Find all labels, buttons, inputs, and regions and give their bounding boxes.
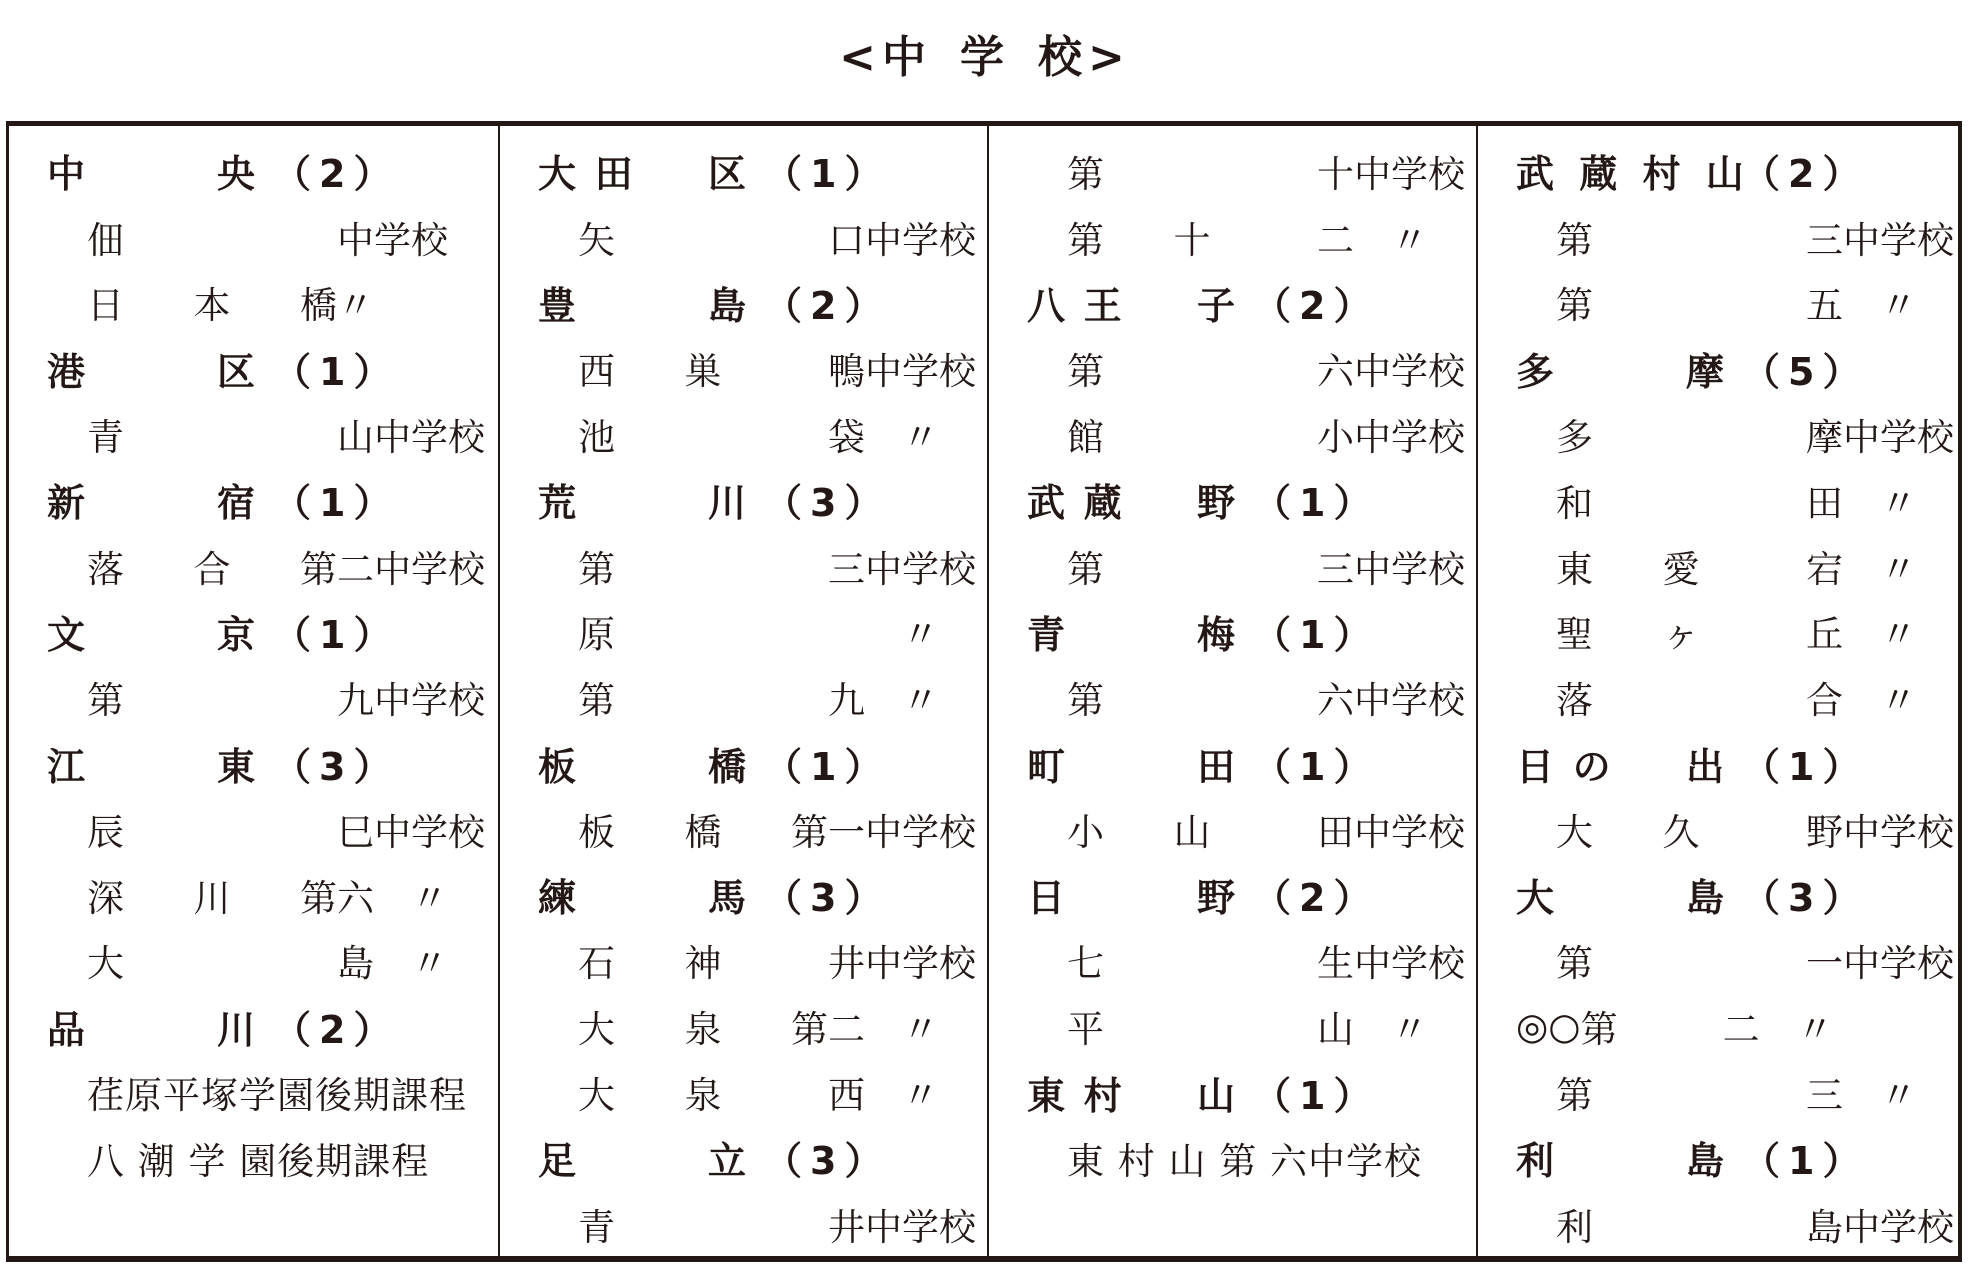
school-name-char — [1769, 407, 1806, 461]
school-name-char — [1280, 670, 1317, 724]
school-name-char — [1174, 670, 1211, 724]
district-char: 練 — [538, 867, 576, 922]
school-name-suffix: 山 〃 — [1317, 999, 1465, 1053]
school-entry: 第一中学校 — [1478, 928, 1958, 994]
district-header: 利島（1） — [1478, 1125, 1958, 1191]
school-name-char: 第 — [1581, 999, 1618, 1053]
district-char — [1140, 472, 1178, 527]
district-header: 足立（3） — [500, 1125, 987, 1191]
district-char — [1629, 1130, 1667, 1185]
district-name: 新宿 — [47, 472, 255, 527]
school-entry: 青山中学校 — [9, 401, 498, 467]
district-char: 品 — [47, 999, 85, 1054]
district-header: 武 蔵 村 山（2） — [1478, 138, 1958, 204]
district-name: 板橋 — [538, 736, 746, 791]
district-header: 日野（2） — [989, 862, 1476, 928]
district-char — [1573, 1130, 1611, 1185]
district-char: 東 — [1027, 1065, 1065, 1120]
school-name-char: 板 — [578, 802, 615, 856]
district-char — [651, 143, 689, 198]
district-char: 島 — [708, 275, 746, 330]
school-name-suffix: 一中学校 — [1806, 933, 1954, 987]
school-count: （3） — [764, 472, 890, 527]
school-name-char: 青 — [578, 1197, 615, 1251]
district-char: 梅 — [1197, 604, 1235, 659]
school-name-suffix: 二 〃 — [1723, 999, 1871, 1053]
school-name: 池袋 〃 — [578, 407, 948, 461]
district-name: 町田 — [1027, 736, 1235, 791]
school-name-char: 和 — [1556, 473, 1593, 527]
district-char: 文 — [47, 604, 85, 659]
school-name-char: 第 — [1067, 144, 1104, 198]
school-entry: 佃中学校 — [9, 204, 498, 270]
school-name: 第十二 〃 — [1067, 210, 1437, 264]
school-name-suffix: 三中学校 — [828, 539, 976, 593]
school-name-char: 平 — [1067, 999, 1104, 1053]
table-column: 武 蔵 村 山（2）第三中学校第五 〃多摩（5）多摩中学校和田 〃東愛宕 〃聖ヶ… — [1476, 126, 1958, 1256]
district-name: 港区 — [47, 341, 255, 396]
district-char: 野 — [1197, 867, 1235, 922]
school-entry: 第六中学校 — [989, 664, 1476, 730]
school-name-suffix: 袋 〃 — [828, 407, 976, 461]
school-name-suffix: 野中学校 — [1806, 802, 1954, 856]
district-name: 荒川 — [538, 472, 746, 527]
school-name-suffix: 口中学校 — [828, 210, 976, 264]
district-header: 港区（1） — [9, 335, 498, 401]
school-name-suffix: 〃 — [828, 604, 976, 658]
district-char: 子 — [1197, 275, 1235, 330]
school-name-char — [1769, 1065, 1806, 1119]
school-count: （1） — [1253, 472, 1379, 527]
school-name-suffix: 宕 〃 — [1806, 539, 1954, 593]
school-name-char — [791, 1065, 828, 1119]
school-name-char — [685, 670, 722, 724]
school-name-char: 深 — [87, 868, 124, 922]
school-name-char: 泉 — [685, 999, 722, 1053]
district-header: 東村山（1） — [989, 1059, 1476, 1125]
school-name-char: 落 — [1556, 670, 1593, 724]
district-char — [160, 736, 198, 791]
district-char — [1140, 275, 1178, 330]
school-name-char — [1280, 999, 1317, 1053]
school-name-suffix: 六中学校 — [1317, 341, 1465, 395]
school-name-char: 多 — [1556, 407, 1593, 461]
district-char: 宿 — [217, 472, 255, 527]
school-name: 大久野中学校 — [1556, 802, 1926, 856]
school-name-char: 第 — [1067, 210, 1104, 264]
school-name-char: 第 — [300, 868, 337, 922]
district-header: 大田区（1） — [500, 138, 987, 204]
title-part: 学 — [960, 28, 1010, 88]
school-name: 第三中学校 — [1556, 210, 1926, 264]
district-name: 日の出 — [1516, 736, 1724, 791]
school-name: 荏原平塚学園後期課程 — [87, 1065, 467, 1119]
school-count: （3） — [273, 736, 399, 791]
school-count: （2） — [1253, 275, 1379, 330]
district-char — [595, 736, 633, 791]
school-name: 第六中学校 — [1067, 670, 1437, 724]
school-name: 大島 〃 — [87, 933, 457, 987]
district-header: 日の出（1） — [1478, 730, 1958, 796]
school-name-char — [685, 539, 722, 593]
school-name-suffix: 井中学校 — [828, 933, 976, 987]
district-char: 港 — [47, 341, 85, 396]
school-name-char: 第 — [791, 999, 828, 1053]
school-name-suffix: 山中学校 — [337, 407, 485, 461]
school-name-char: 落 — [87, 539, 124, 593]
district-name: 足立 — [538, 1130, 746, 1185]
district-char: 江 — [47, 736, 85, 791]
school-name-char: 青 — [87, 407, 124, 461]
district-char — [104, 604, 142, 659]
district-header: 品川（2） — [9, 993, 498, 1059]
school-name-char — [1280, 802, 1317, 856]
school-name-suffix: 合 〃 — [1806, 670, 1954, 724]
school-name: 平山 〃 — [1067, 999, 1437, 1053]
school-count: （2） — [764, 275, 890, 330]
school-name-char: 本 — [194, 275, 231, 329]
school-name-char — [1769, 1197, 1806, 1251]
school-name-char — [685, 210, 722, 264]
district-char — [595, 867, 633, 922]
district-name: 文京 — [47, 604, 255, 659]
page-title: <中学校> — [0, 28, 1970, 88]
school-name-suffix: 九 〃 — [828, 670, 976, 724]
district-name: 東村山 — [1027, 1065, 1235, 1120]
table-column: 第十中学校第十二 〃八王子（2）第六中学校館小中学校武蔵野（1）第三中学校青梅（… — [987, 126, 1476, 1256]
district-char: 日 — [1516, 736, 1554, 791]
district-char: 島 — [1686, 867, 1724, 922]
school-name-char: 七 — [1067, 933, 1104, 987]
school-entry: 大泉西 〃 — [500, 1059, 987, 1125]
district-char — [1084, 604, 1122, 659]
district-char — [1629, 867, 1667, 922]
school-name-char — [1280, 144, 1317, 198]
district-char: 立 — [708, 1130, 746, 1185]
school-name-char — [1280, 210, 1317, 264]
school-count: （3） — [764, 867, 890, 922]
school-name-char: 西 — [578, 341, 615, 395]
school-name-char — [1280, 341, 1317, 395]
district-name: 練馬 — [538, 867, 746, 922]
district-header: 町田（1） — [989, 730, 1476, 796]
school-entry: 第三中学校 — [1478, 204, 1958, 270]
school-entry: 板橋第一中学校 — [500, 796, 987, 862]
school-name: 東 村 山 第 六中学校 — [1067, 1131, 1422, 1185]
school-count: （1） — [764, 736, 890, 791]
school-name-suffix: 中学校 — [337, 210, 485, 264]
school-count: （2） — [1742, 143, 1868, 198]
district-char: 橋 — [708, 736, 746, 791]
school-name-char: 石 — [578, 933, 615, 987]
school-name-char: 原 — [578, 604, 615, 658]
district-char: 荒 — [538, 472, 576, 527]
school-name-char: 第 — [1556, 210, 1593, 264]
district-header: 練馬（3） — [500, 862, 987, 928]
school-name: 第三中学校 — [1067, 539, 1437, 593]
school-name: 日本橋〃 — [87, 275, 457, 329]
school-entry: 石神井中学校 — [500, 928, 987, 994]
district-char: 川 — [708, 472, 746, 527]
district-header: 青梅（1） — [989, 599, 1476, 665]
district-char — [104, 472, 142, 527]
school-name-char — [791, 210, 828, 264]
district-char — [104, 341, 142, 396]
school-name-suffix: 三中学校 — [1317, 539, 1465, 593]
district-char — [104, 736, 142, 791]
school-name: 七生中学校 — [1067, 933, 1437, 987]
school-name: 館小中学校 — [1067, 407, 1437, 461]
district-char: 武 — [1027, 472, 1065, 527]
school-name-char — [1663, 275, 1700, 329]
school-name-char: 橋 — [300, 275, 337, 329]
school-name-char — [1769, 933, 1806, 987]
school-name: 小山田中学校 — [1067, 802, 1437, 856]
school-count: （1） — [1253, 604, 1379, 659]
title-part: <中 — [839, 28, 932, 88]
district-char — [1140, 1065, 1178, 1120]
school-name-suffix: 巳中学校 — [337, 802, 485, 856]
school-count: （3） — [1742, 867, 1868, 922]
school-name-char: 第 — [1067, 341, 1104, 395]
school-name: 聖ヶ丘 〃 — [1556, 604, 1926, 658]
school-name-char: 矢 — [578, 210, 615, 264]
school-name-char: ヶ — [1663, 604, 1700, 658]
school-name-suffix: 二中学校 — [337, 539, 485, 593]
school-count: （1） — [273, 472, 399, 527]
district-char — [160, 341, 198, 396]
school-count: （1） — [1742, 1130, 1868, 1185]
school-name-char: 泉 — [685, 1065, 722, 1119]
school-entry: 平山 〃 — [989, 993, 1476, 1059]
district-name: 大田区 — [538, 143, 746, 198]
school-count: （5） — [1742, 341, 1868, 396]
school-name-char: 大 — [578, 999, 615, 1053]
district-char: 板 — [538, 736, 576, 791]
school-name-char — [791, 539, 828, 593]
district-header: 豊島（2） — [500, 270, 987, 336]
school-name-suffix: 三 〃 — [1806, 1065, 1954, 1119]
school-name: 第五 〃 — [1556, 275, 1926, 329]
district-char: 出 — [1686, 736, 1724, 791]
school-name-char: 佃 — [87, 210, 124, 264]
school-table: 中央（2）佃中学校日本橋〃港区（1）青山中学校新宿（1）落合第二中学校文京（1）… — [6, 121, 1962, 1262]
school-name-char — [194, 802, 231, 856]
school-entry: 第九中学校 — [9, 664, 498, 730]
school-name: 第六中学校 — [1067, 341, 1437, 395]
school-name-char: 第 — [1556, 275, 1593, 329]
school-name: 第十中学校 — [1067, 144, 1437, 198]
school-name-char — [1769, 275, 1806, 329]
district-char — [1573, 867, 1611, 922]
school-name-suffix: 摩中学校 — [1806, 407, 1954, 461]
school-entry: 矢口中学校 — [500, 204, 987, 270]
school-name: 青山中学校 — [87, 407, 457, 461]
school-name-char — [791, 1197, 828, 1251]
school-name-char — [791, 670, 828, 724]
school-entry: 第三中学校 — [989, 533, 1476, 599]
school-name-char: 合 — [194, 539, 231, 593]
school-name-char — [1174, 933, 1211, 987]
district-char: 区 — [217, 341, 255, 396]
district-char: 島 — [1686, 1130, 1724, 1185]
school-name-char — [300, 210, 337, 264]
school-name: 第九 〃 — [578, 670, 948, 724]
district-char — [1140, 736, 1178, 791]
district-name: 江東 — [47, 736, 255, 791]
district-char: 央 — [217, 143, 255, 198]
school-entry: 落合第二中学校 — [9, 533, 498, 599]
school-name-char: 大 — [578, 1065, 615, 1119]
district-char — [160, 604, 198, 659]
school-name-char — [1769, 670, 1806, 724]
district-char: 町 — [1027, 736, 1065, 791]
school-name-suffix: 島中学校 — [1806, 1197, 1954, 1251]
school-entry: 東愛宕 〃 — [1478, 533, 1958, 599]
school-name-char: 辰 — [87, 802, 124, 856]
school-name-suffix: 田中学校 — [1317, 802, 1465, 856]
school-name-suffix: 二 〃 — [1317, 210, 1465, 264]
school-name-char: 第 — [1556, 1065, 1593, 1119]
school-name-char — [1663, 1065, 1700, 1119]
school-name-char: 聖 — [1556, 604, 1593, 658]
school-entry: 七生中学校 — [989, 928, 1476, 994]
school-name-suffix: 島 〃 — [337, 933, 485, 987]
table-column: 大田区（1）矢口中学校豊島（2）西巣鴨中学校池袋 〃荒川（3）第三中学校原 〃第… — [498, 126, 987, 1256]
district-char — [1084, 867, 1122, 922]
district-char — [651, 736, 689, 791]
school-name-char — [791, 341, 828, 395]
district-header: 武蔵野（1） — [989, 467, 1476, 533]
school-name: 青井中学校 — [578, 1197, 948, 1251]
school-name-char — [1663, 933, 1700, 987]
school-count: （3） — [764, 1130, 890, 1185]
school-name-char — [791, 604, 828, 658]
district-char — [651, 867, 689, 922]
school-count: （2） — [273, 999, 399, 1054]
school-entry: 第十二 〃 — [989, 204, 1476, 270]
school-name: 辰巳中学校 — [87, 802, 457, 856]
school-name-suffix: 丘 〃 — [1806, 604, 1954, 658]
school-entry: 東 村 山 第 六中学校 — [989, 1125, 1476, 1191]
district-char — [651, 1130, 689, 1185]
school-name-suffix: 五 〃 — [1806, 275, 1954, 329]
school-name-char: 日 — [87, 275, 124, 329]
district-char — [104, 143, 142, 198]
school-entry: 第九 〃 — [500, 664, 987, 730]
school-name-char: 第 — [87, 670, 124, 724]
school-entry: 第三 〃 — [1478, 1059, 1958, 1125]
school-name-char: 第 — [791, 802, 828, 856]
school-name: 第三中学校 — [578, 539, 948, 593]
district-char: 摩 — [1686, 341, 1724, 396]
school-name: 佃中学校 — [87, 210, 457, 264]
school-name-suffix: 六 〃 — [337, 868, 485, 922]
school-name: 和田 〃 — [1556, 473, 1926, 527]
school-count: （1） — [1253, 1065, 1379, 1120]
district-char: 東 — [217, 736, 255, 791]
district-char: 新 — [47, 472, 85, 527]
school-name-char: 東 — [1556, 539, 1593, 593]
school-entry: 聖ヶ丘 〃 — [1478, 599, 1958, 665]
district-name: 豊島 — [538, 275, 746, 330]
school-entry: 第五 〃 — [1478, 270, 1958, 336]
district-header: 中央（2） — [9, 138, 498, 204]
school-entry: 八 潮 学 園後期課程 — [9, 1125, 498, 1191]
school-name: 第二 〃 — [1581, 999, 1871, 1053]
school-name-char: 館 — [1067, 407, 1104, 461]
school-entry: 第十中学校 — [989, 138, 1476, 204]
school-name: 第九中学校 — [87, 670, 457, 724]
school-name-suffix: 六中学校 — [1317, 670, 1465, 724]
school-name-char: 池 — [578, 407, 615, 461]
school-name: 落合 〃 — [1556, 670, 1926, 724]
district-char: 野 — [1197, 472, 1235, 527]
district-char — [160, 999, 198, 1054]
school-entry: 落合 〃 — [1478, 664, 1958, 730]
district-char: 中 — [47, 143, 85, 198]
school-name-char: 第 — [1067, 670, 1104, 724]
school-name-suffix: 二 〃 — [828, 999, 976, 1053]
school-entry: 第三中学校 — [500, 533, 987, 599]
school-name-char — [1174, 341, 1211, 395]
school-count: （1） — [273, 604, 399, 659]
school-count: （2） — [273, 143, 399, 198]
district-name-text: 武 蔵 村 山 — [1516, 143, 1750, 198]
school-count: （1） — [273, 341, 399, 396]
school-name-char — [1174, 999, 1211, 1053]
district-char: 多 — [1516, 341, 1554, 396]
school-entry: 館小中学校 — [989, 401, 1476, 467]
school-name-char — [1663, 210, 1700, 264]
district-char: 田 — [595, 143, 633, 198]
district-char: 王 — [1084, 275, 1122, 330]
district-char: 馬 — [708, 867, 746, 922]
school-name-char — [300, 802, 337, 856]
school-name-suffix: 西 〃 — [828, 1065, 976, 1119]
district-header: 荒川（3） — [500, 467, 987, 533]
school-entry: 和田 〃 — [1478, 467, 1958, 533]
district-char — [651, 472, 689, 527]
school-name: 東愛宕 〃 — [1556, 539, 1926, 593]
district-char — [1629, 341, 1667, 396]
designation-marker-icon: ◎○ — [1516, 1005, 1581, 1048]
school-name-char: 巣 — [685, 341, 722, 395]
school-name: 原 〃 — [578, 604, 948, 658]
school-entry: 西巣鴨中学校 — [500, 335, 987, 401]
school-name-char — [791, 407, 828, 461]
school-name-char — [1769, 604, 1806, 658]
school-entry: 大泉第二 〃 — [500, 993, 987, 1059]
district-name: 武蔵野 — [1027, 472, 1235, 527]
school-name-char — [300, 407, 337, 461]
school-name-char: 第 — [578, 539, 615, 593]
school-name: 落合第二中学校 — [87, 539, 457, 593]
school-entry: 青井中学校 — [500, 1191, 987, 1257]
district-char — [1629, 736, 1667, 791]
district-char — [651, 275, 689, 330]
school-name-char: 大 — [87, 933, 124, 987]
school-name-suffix: 十中学校 — [1317, 144, 1465, 198]
school-name: 深川第六 〃 — [87, 868, 457, 922]
school-name: 八 潮 学 園後期課程 — [87, 1131, 429, 1185]
school-name-char — [194, 933, 231, 987]
school-name-char — [1769, 473, 1806, 527]
school-name: 板橋第一中学校 — [578, 802, 948, 856]
district-header: 多摩（5） — [1478, 335, 1958, 401]
district-char — [104, 999, 142, 1054]
district-header: 大島（3） — [1478, 862, 1958, 928]
